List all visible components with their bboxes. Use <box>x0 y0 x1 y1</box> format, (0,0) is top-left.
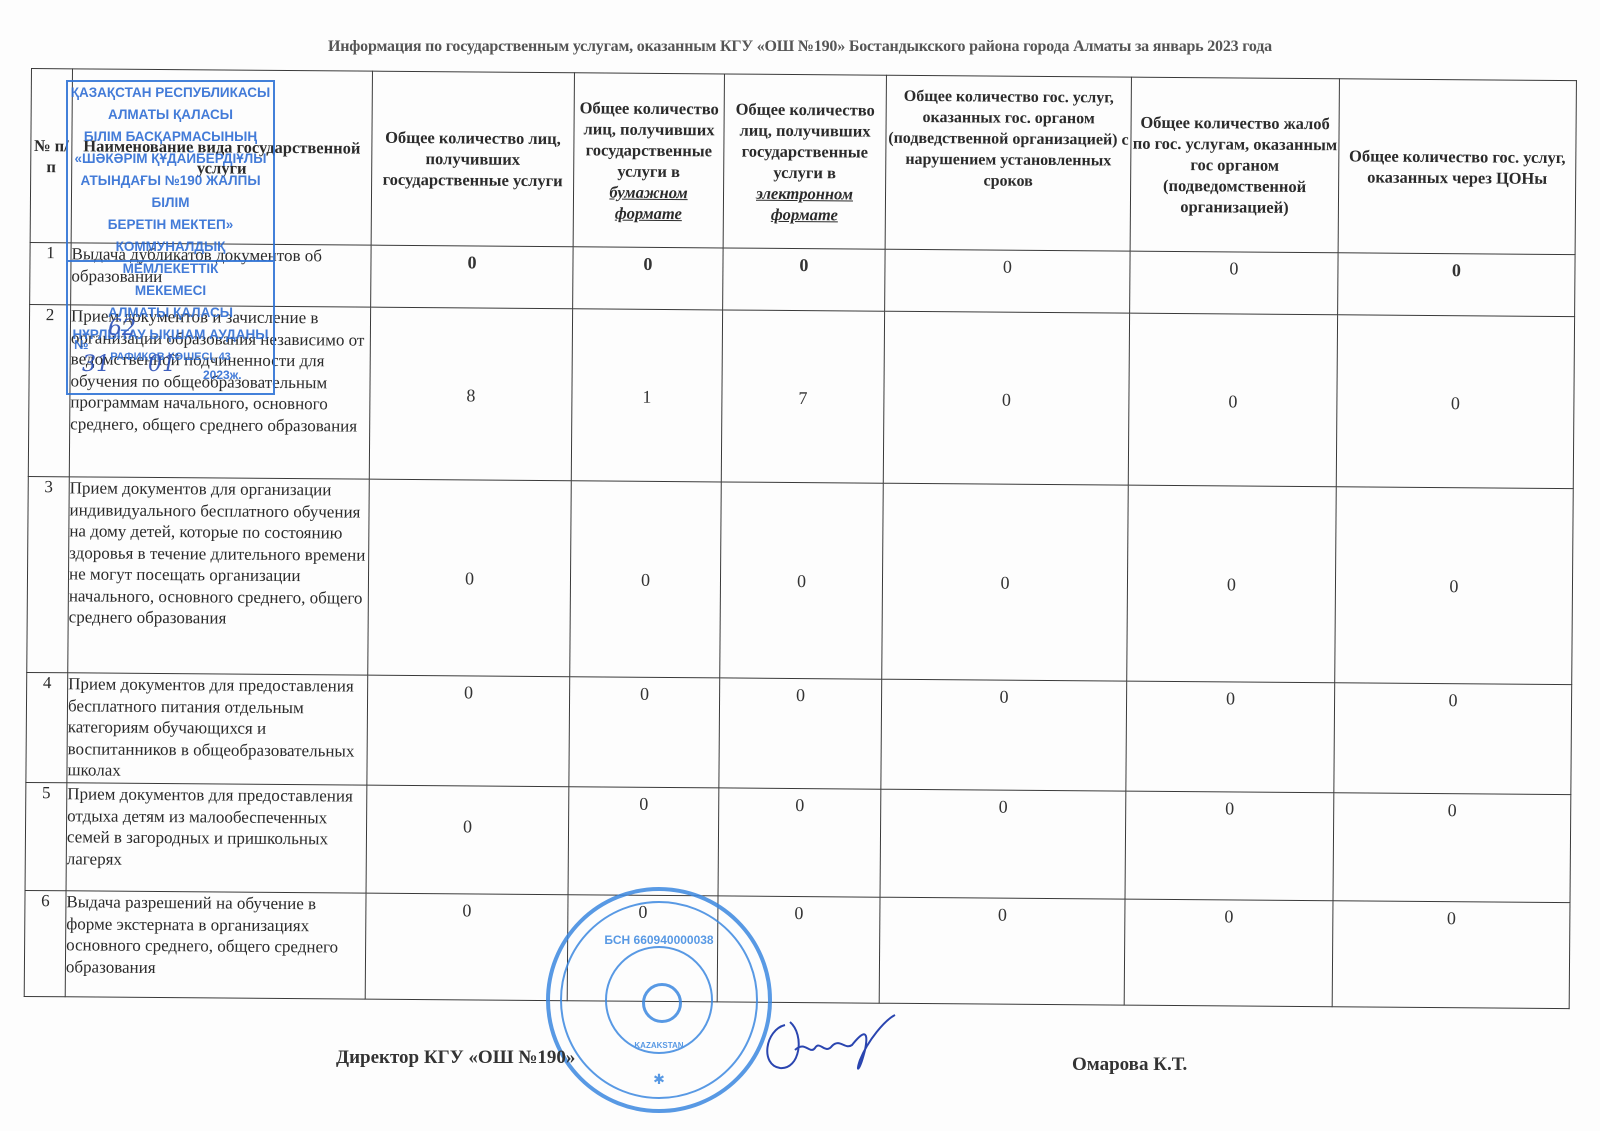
cell-violations: 0 <box>882 483 1129 681</box>
cell-total: 0 <box>365 893 568 1001</box>
cell-value: 0 <box>1002 390 1011 411</box>
cell-cons: 0 <box>1333 793 1571 903</box>
star-icon: ✱ <box>550 1072 768 1089</box>
cell-paper: 0 <box>569 677 720 788</box>
col-header-electronic-prefix: Общее количество лиц, получивших государ… <box>736 99 875 182</box>
stamp-line: МЕКЕМЕСІ <box>68 280 273 302</box>
cell-cons: 0 <box>1332 901 1570 1009</box>
cell-violations: 0 <box>879 897 1125 1005</box>
cell-complaints: 0 <box>1126 681 1335 793</box>
cell-value: 7 <box>798 388 807 409</box>
table-row: 4Прием документов для предоставления бес… <box>26 672 1572 794</box>
service-name: Прием документов для организации индивид… <box>68 477 370 675</box>
cell-electronic: 0 <box>719 678 882 789</box>
col-header-paper-emph: бумажном формате <box>609 182 687 223</box>
row-number: 6 <box>24 890 66 996</box>
stamp-line: АЛМАТЫ ҚАЛАСЫ <box>68 302 273 324</box>
document-title: Информация по государственным услугам, о… <box>0 38 1600 56</box>
col-header-violations: Общее количество гос. услуг, оказанных г… <box>885 75 1131 251</box>
cell-value: 0 <box>641 570 650 591</box>
cell-complaints: 0 <box>1125 791 1334 901</box>
table-row: 3Прием документов для организации индиви… <box>27 476 1573 684</box>
cell-complaints: 0 <box>1127 485 1337 683</box>
cell-value: 0 <box>1228 391 1237 412</box>
cell-value: 0 <box>640 684 649 705</box>
cell-value: 0 <box>465 568 474 589</box>
row-number: 1 <box>30 242 71 304</box>
cell-value: 0 <box>1226 688 1235 709</box>
cell-value: 0 <box>796 685 805 706</box>
row-number: 4 <box>26 672 68 782</box>
cell-paper: 1 <box>571 309 722 482</box>
service-name: Выдача разрешений на обучение в форме эк… <box>65 891 366 999</box>
col-header-paper-prefix: Общее количество лиц, получивших государ… <box>580 98 719 181</box>
cell-value: 0 <box>467 252 476 273</box>
cell-value: 0 <box>1225 798 1234 819</box>
signer-name: Омарова К.Т. <box>1072 1054 1187 1076</box>
cell-value: 0 <box>799 255 808 276</box>
cell-value: 0 <box>794 903 803 924</box>
row-number: 2 <box>28 304 70 476</box>
col-header-electronic-emph: электронном формате <box>756 183 853 224</box>
cell-electronic: 0 <box>720 482 884 679</box>
cell-value: 0 <box>1448 800 1457 821</box>
stamp-line: КОММУНАЛДЫҚ МЕМЛЕКЕТТІК <box>68 236 273 280</box>
row-number: 5 <box>25 782 67 890</box>
cell-total: 0 <box>371 245 573 309</box>
cell-cons: 0 <box>1334 683 1572 795</box>
cell-total: 8 <box>369 307 572 481</box>
stamp-date-month: 01 <box>148 354 176 376</box>
cell-electronic: 0 <box>723 248 885 311</box>
cell-paper: 0 <box>568 787 719 896</box>
cell-violations: 0 <box>883 311 1129 485</box>
cell-electronic: 0 <box>718 788 881 897</box>
cell-complaints: 0 <box>1128 313 1337 487</box>
table-row: 5Прием документов для предоставления отд… <box>25 782 1571 902</box>
cell-total: 0 <box>368 479 572 677</box>
service-name: Прием документов для предоставления отды… <box>66 783 367 893</box>
cell-value: 0 <box>1449 576 1458 597</box>
stamp-line: ҚАЗАҚСТАН РЕСПУБЛИКАСЫ <box>68 82 273 104</box>
cell-value: 0 <box>1447 908 1456 929</box>
cell-paper: 0 <box>573 247 723 310</box>
cell-value: 8 <box>466 385 475 406</box>
row-number: 3 <box>27 476 70 672</box>
stamp-line: БЕРЕТІН МЕКТЕП» <box>68 214 273 236</box>
cell-value: 0 <box>643 254 652 275</box>
table-row: 6Выдача разрешений на обучение в форме э… <box>24 890 1570 1008</box>
stamp-line: «ШӘКӘРІМ ҚҰДАЙБЕРДІҰЛЫ <box>68 148 273 170</box>
stamp-line: АЛМАТЫ ҚАЛАСЫ <box>68 104 273 126</box>
cell-value: 0 <box>1451 393 1460 414</box>
cell-value: 0 <box>464 682 473 703</box>
cell-total: 0 <box>367 675 570 787</box>
cell-value: 0 <box>1000 687 1009 708</box>
stamp-text-lines: ҚАЗАҚСТАН РЕСПУБЛИКАСЫАЛМАТЫ ҚАЛАСЫБІЛІМ… <box>68 82 273 368</box>
round-seal: БСН 660940000038 KAZAKSTAN ✱ <box>546 887 772 1113</box>
col-header-total: Общее количество лиц, получивших государ… <box>371 71 574 247</box>
cell-value: 0 <box>639 794 648 815</box>
cell-cons: 0 <box>1338 253 1575 317</box>
cell-total: 0 <box>366 785 569 895</box>
seal-bin: БСН 660940000038 <box>550 933 768 947</box>
cell-value: 0 <box>999 797 1008 818</box>
cell-value: 1 <box>642 387 651 408</box>
stamp-line: БІЛІМ БАСҚАРМАСЫНЫҢ <box>68 126 273 148</box>
stamp-line: АТЫНДАҒЫ №190 ЖАЛПЫ БІЛІМ <box>68 170 273 214</box>
cell-value: 0 <box>1229 258 1238 279</box>
service-name: Прием документов для предоставления бесп… <box>67 673 368 785</box>
cell-complaints: 0 <box>1130 251 1338 315</box>
cell-value: 0 <box>463 816 472 837</box>
cell-value: 0 <box>1448 690 1457 711</box>
stamp-line: НҰРЛЫТАУ ЫҚШАМ АУДАНЫ <box>68 324 273 346</box>
cell-electronic: 7 <box>721 310 884 483</box>
col-header-electronic: Общее количество лиц, получивших государ… <box>723 74 886 249</box>
cell-value: 0 <box>1224 906 1233 927</box>
cell-paper: 0 <box>570 481 722 678</box>
signature <box>760 1010 910 1080</box>
cell-value: 0 <box>998 905 1007 926</box>
col-header-complaints: Общее количество жалоб по гос. услугам, … <box>1130 77 1339 253</box>
cell-complaints: 0 <box>1124 899 1333 1007</box>
stamp-divider <box>68 260 273 262</box>
cell-violations: 0 <box>885 249 1130 313</box>
cell-violations: 0 <box>880 789 1126 899</box>
director-label: Директор КГУ «ОШ №190» <box>336 1047 575 1069</box>
col-header-cons: Общее количество гос. услуг, оказанных ч… <box>1338 79 1576 255</box>
cell-value: 0 <box>1452 260 1461 281</box>
cell-value: 0 <box>462 900 471 921</box>
cell-violations: 0 <box>881 679 1127 791</box>
cell-value: 0 <box>795 795 804 816</box>
stamp-date-day: 31 <box>82 354 110 376</box>
cell-value: 0 <box>1227 574 1236 595</box>
cell-cons: 0 <box>1335 487 1574 685</box>
cell-value: 0 <box>1000 573 1009 594</box>
stamp-number: 62 <box>108 318 136 340</box>
cell-cons: 0 <box>1336 315 1574 489</box>
stamp-date-year: 2023ж. <box>203 364 242 386</box>
cell-value: 0 <box>1003 257 1012 278</box>
cell-value: 0 <box>797 571 806 592</box>
col-header-paper: Общее количество лиц, получивших государ… <box>573 73 724 248</box>
seal-emblem-label: KAZAKSTAN <box>550 1041 768 1050</box>
registration-stamp: ҚАЗАҚСТАН РЕСПУБЛИКАСЫАЛМАТЫ ҚАЛАСЫБІЛІМ… <box>66 80 275 395</box>
emblem-icon <box>642 983 682 1023</box>
